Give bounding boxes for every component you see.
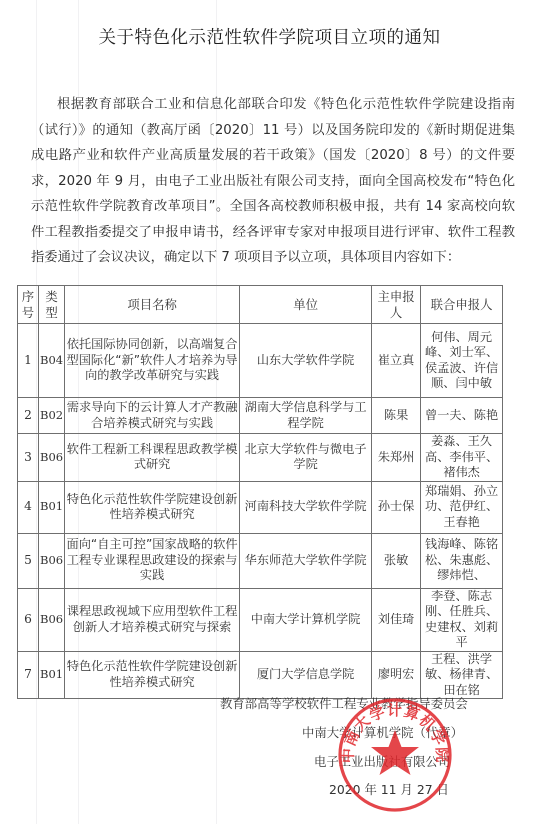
cell-type: B06 bbox=[39, 533, 65, 588]
cell-type: B01 bbox=[39, 481, 65, 533]
cell-unit: 河南科技大学软件学院 bbox=[240, 481, 372, 533]
table-row: 4 B01 特色化示范性软件学院建设创新性培养模式研究 河南科技大学软件学院 孙… bbox=[18, 481, 503, 533]
cell-co-applicants: 姜淼、王久高、李伟平、褚伟杰 bbox=[421, 434, 503, 482]
cell-lead-applicant: 朱郑州 bbox=[372, 434, 421, 482]
header-type: 类型 bbox=[39, 286, 65, 324]
cell-no: 1 bbox=[18, 324, 39, 398]
cell-no: 2 bbox=[18, 398, 39, 434]
document-title: 关于特色化示范性软件学院项目立项的通知 bbox=[0, 24, 539, 49]
cell-unit: 北京大学软件与微电子学院 bbox=[240, 434, 372, 482]
cell-lead-applicant: 崔立真 bbox=[372, 324, 421, 398]
cell-no: 5 bbox=[18, 533, 39, 588]
header-lead-applicant: 主申报人 bbox=[372, 286, 421, 324]
signature-date: 2020 年 11 月 27 日 bbox=[329, 780, 449, 798]
cell-no: 7 bbox=[18, 651, 39, 699]
cell-lead-applicant: 孙士保 bbox=[372, 481, 421, 533]
table-row: 3 B06 软件工程新工科课程思政教学模式研究 北京大学软件与微电子学院 朱郑州… bbox=[18, 434, 503, 482]
cell-project-name: 软件工程新工科课程思政教学模式研究 bbox=[65, 434, 240, 482]
signature-school: 中南大学计算机学院（代章） bbox=[302, 723, 463, 741]
header-project-name: 项目名称 bbox=[65, 286, 240, 324]
cell-co-applicants: 李登、陈志刚、任胜兵、史建权、刘莉平 bbox=[421, 588, 503, 651]
cell-lead-applicant: 廖明宏 bbox=[372, 651, 421, 699]
cell-no: 4 bbox=[18, 481, 39, 533]
header-unit: 单位 bbox=[240, 286, 372, 324]
cell-co-applicants: 何伟、周元峰、刘士军、侯孟波、许信顺、闫中敏 bbox=[421, 324, 503, 398]
cell-type: B06 bbox=[39, 588, 65, 651]
cell-lead-applicant: 张敏 bbox=[372, 533, 421, 588]
cell-type: B01 bbox=[39, 651, 65, 699]
cell-unit: 厦门大学信息学院 bbox=[240, 651, 372, 699]
cell-no: 3 bbox=[18, 434, 39, 482]
signature-committee: 教育部高等学校软件工程专业教学指导委员会 bbox=[220, 694, 468, 712]
cell-project-name: 特色化示范性软件学院建设创新性培养模式研究 bbox=[65, 651, 240, 699]
cell-lead-applicant: 刘佳琦 bbox=[372, 588, 421, 651]
cell-unit: 湖南大学信息科学与工程学院 bbox=[240, 398, 372, 434]
cell-type: B06 bbox=[39, 434, 65, 482]
cell-lead-applicant: 陈果 bbox=[372, 398, 421, 434]
cell-co-applicants: 曾一夫、陈艳 bbox=[421, 398, 503, 434]
cell-unit: 华东师范大学软件学院 bbox=[240, 533, 372, 588]
table-row: 5 B06 面向“自主可控”国家战略的软件工程专业课程思政建设的探索与实践 华东… bbox=[18, 533, 503, 588]
header-co-applicants: 联合申报人 bbox=[421, 286, 503, 324]
cell-co-applicants: 王程、洪学敏、杨律青、田在铭 bbox=[421, 651, 503, 699]
cell-project-name: 依托国际协同创新，以高端复合型国际化“新”软件人才培养为导向的教学改革研究与实践 bbox=[65, 324, 240, 398]
body-paragraph: 根据教育部联合工业和信息化部联合印发《特色化示范性软件学院建设指南（试行）》的通… bbox=[31, 92, 515, 271]
cell-unit: 中南大学计算机学院 bbox=[240, 588, 372, 651]
cell-type: B02 bbox=[39, 398, 65, 434]
cell-no: 6 bbox=[18, 588, 39, 651]
signature-publisher: 电子工业出版社有限公司 bbox=[314, 752, 450, 770]
table-row: 2 B02 需求导向下的云计算人才产教融合培养模式研究与实践 湖南大学信息科学与… bbox=[18, 398, 503, 434]
cell-project-name: 特色化示范性软件学院建设创新性培养模式研究 bbox=[65, 481, 240, 533]
table-header-row: 序号 类型 项目名称 单位 主申报人 联合申报人 bbox=[18, 286, 503, 324]
projects-table: 序号 类型 项目名称 单位 主申报人 联合申报人 1 B04 依托国际协同创新，… bbox=[17, 285, 503, 699]
cell-project-name: 需求导向下的云计算人才产教融合培养模式研究与实践 bbox=[65, 398, 240, 434]
cell-co-applicants: 郑瑞娟、孙立功、范伊红、王春艳 bbox=[421, 481, 503, 533]
cell-unit: 山东大学软件学院 bbox=[240, 324, 372, 398]
cell-co-applicants: 钱海峰、陈铭松、朱惠彪、缪炜恺、 bbox=[421, 533, 503, 588]
cell-project-name: 课程思政视域下应用型软件工程创新人才培养模式研究与探索 bbox=[65, 588, 240, 651]
table-row: 7 B01 特色化示范性软件学院建设创新性培养模式研究 厦门大学信息学院 廖明宏… bbox=[18, 651, 503, 699]
table-row: 1 B04 依托国际协同创新，以高端复合型国际化“新”软件人才培养为导向的教学改… bbox=[18, 324, 503, 398]
header-no: 序号 bbox=[18, 286, 39, 324]
cell-type: B04 bbox=[39, 324, 65, 398]
cell-project-name: 面向“自主可控”国家战略的软件工程专业课程思政建设的探索与实践 bbox=[65, 533, 240, 588]
table-row: 6 B06 课程思政视域下应用型软件工程创新人才培养模式研究与探索 中南大学计算… bbox=[18, 588, 503, 651]
